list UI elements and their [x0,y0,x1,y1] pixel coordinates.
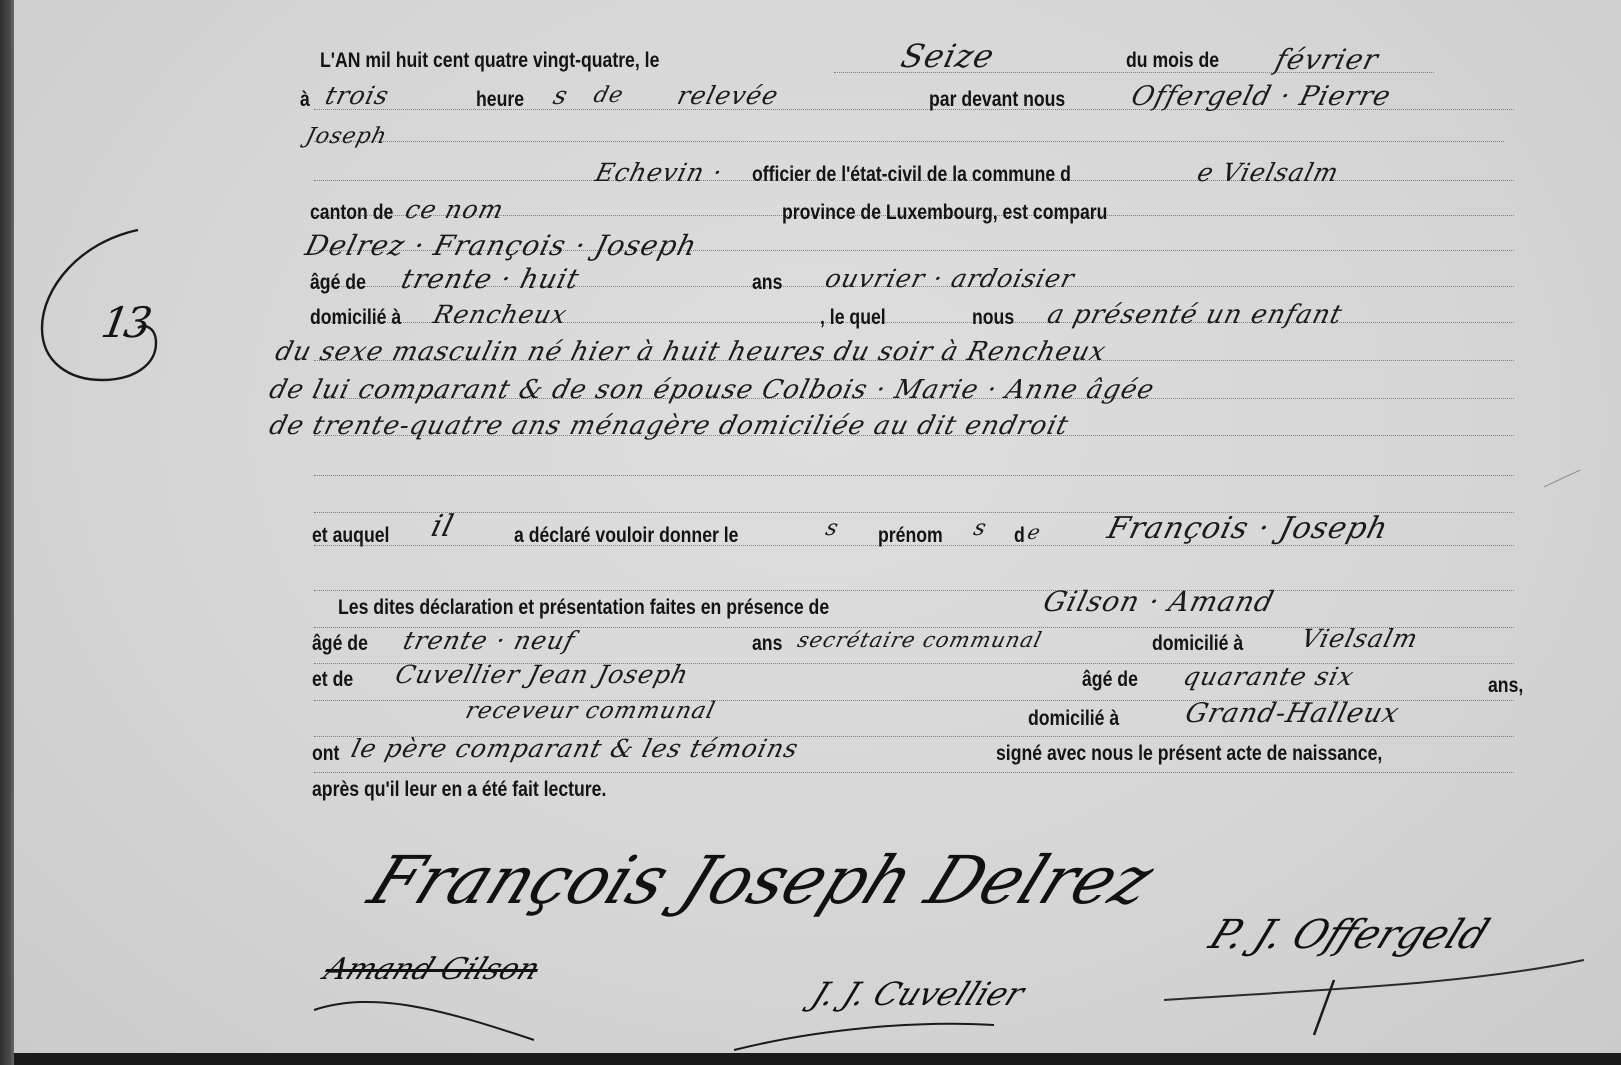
register-page: 13 L'AN mil huit cent quatre vingt-quatr… [14,0,1621,1053]
signature-flourishes-icon [14,0,1621,1053]
scan-bottom-edge [14,1053,1621,1065]
scan-left-edge [0,0,14,1065]
